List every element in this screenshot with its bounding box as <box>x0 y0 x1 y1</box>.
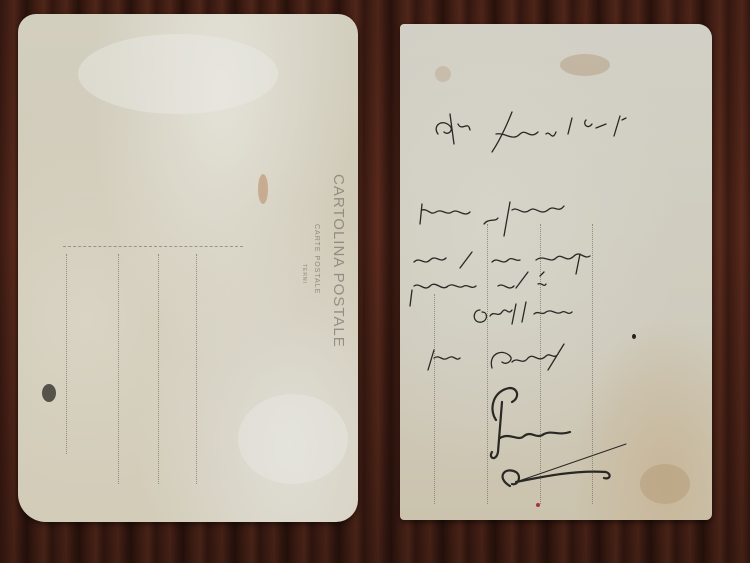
address-divider <box>63 246 243 247</box>
red-ink-dot <box>536 503 540 507</box>
rust-stain <box>258 174 268 204</box>
mold-patch <box>78 34 278 114</box>
tiny-print: TERNI <box>301 264 307 284</box>
ruled-line <box>158 254 159 484</box>
postcard-left: CARTOLINA POSTALE CARTE POSTALE TERNI <box>18 14 358 522</box>
handwritten-message <box>400 24 712 520</box>
printed-subtitle: CARTE POSTALE <box>313 224 320 294</box>
ruled-line <box>66 254 67 454</box>
ruled-line <box>118 254 119 484</box>
mold-patch <box>238 394 348 484</box>
ruled-line <box>196 254 197 484</box>
ink-blot <box>42 384 56 402</box>
printed-title: CARTOLINA POSTALE <box>330 174 347 348</box>
